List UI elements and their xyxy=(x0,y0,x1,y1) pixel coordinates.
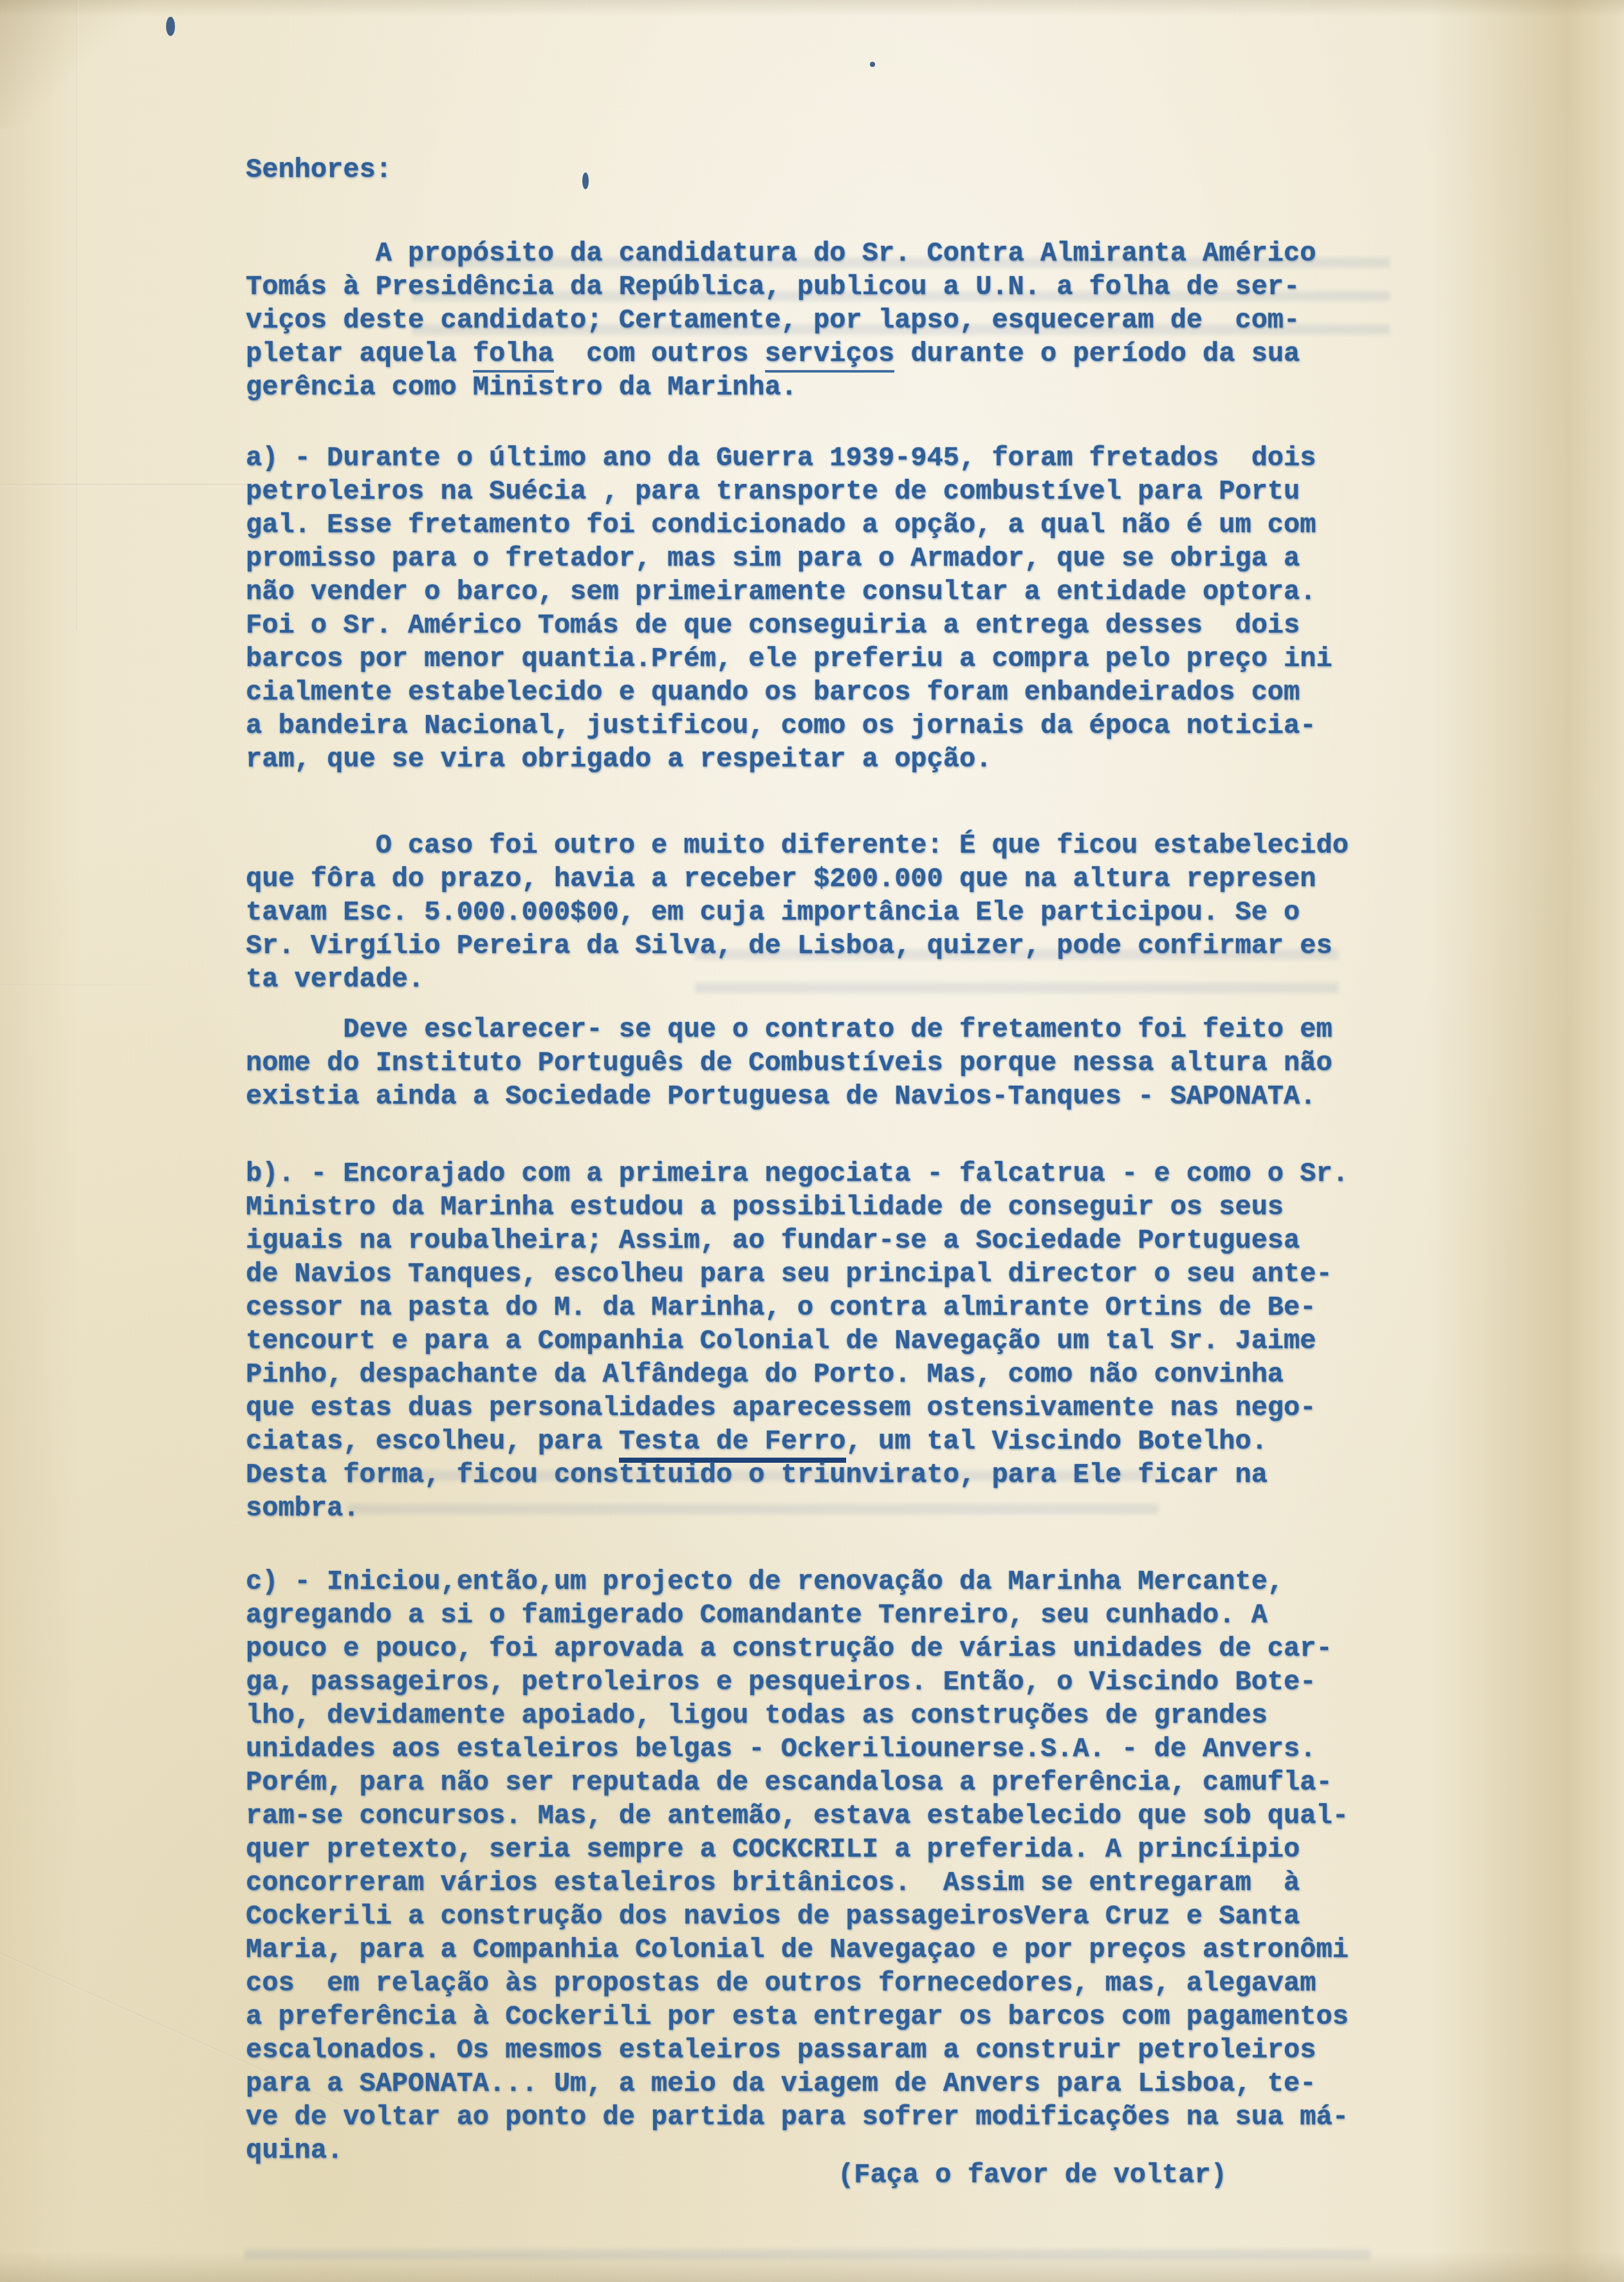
text-segment: cos em relação às propostas de outros fo… xyxy=(246,1968,1316,1999)
scan-edge-shadow xyxy=(0,0,1624,17)
text-segment: ve de voltar ao ponto de partida para so… xyxy=(246,2102,1349,2133)
text-segment: unidades aos estaleiros belgas - Ockeril… xyxy=(246,1734,1316,1765)
text-segment: gal. Esse fretamento foi condicionado a … xyxy=(246,510,1316,541)
typed-line: para a SAPONATA... Um, a meio da viagem … xyxy=(246,2067,1404,2101)
typed-line: existia ainda a Sociedade Portuguesa de … xyxy=(246,1080,1404,1113)
text-segment: b). - Encorajado com a primeira negociat… xyxy=(246,1158,1349,1189)
typed-line: concorreram vários estaleiros britânicos… xyxy=(246,1866,1404,1900)
typed-line: pletar aquela folha com outros serviços … xyxy=(246,337,1404,371)
text-segment: c) - Iniciou,então,um projecto de renova… xyxy=(246,1566,1284,1597)
text-segment: para a SAPONATA... Um, a meio da viagem … xyxy=(246,2068,1316,2099)
typed-line: ciatas, escolheu, para Testa de Ferro, u… xyxy=(246,1425,1404,1458)
typed-line: tencourt e para a Companhia Colonial de … xyxy=(246,1324,1404,1358)
typed-line: lho, devidamente apoiado, ligou todas as… xyxy=(246,1699,1404,1732)
scanned-letter-page: Senhores: A propósito da candidatura do … xyxy=(0,0,1624,2282)
text-segment: quina. xyxy=(246,2135,343,2166)
text-segment: Desta forma, ficou constituido o triunvi… xyxy=(246,1460,1268,1490)
typed-line: escalonados. Os mesmos estaleiros passar… xyxy=(246,2034,1404,2067)
text-segment: nome do Instituto Português de Combustív… xyxy=(246,1048,1333,1079)
text-segment: promisso para o fretador, mas sim para o… xyxy=(246,543,1300,574)
text-segment: ram, que se vira obrigado a respeitar a … xyxy=(246,744,992,775)
text-segment: pouco e pouco, foi aprovada a construção… xyxy=(246,1633,1333,1664)
typed-line: que estas duas personalidades aparecesse… xyxy=(246,1391,1404,1425)
typed-line: Maria, para a Companhia Colonial de Nave… xyxy=(246,1933,1404,1967)
typed-line: ram-se concursos. Mas, de antemão, estav… xyxy=(246,1799,1404,1833)
text-segment: ram-se concursos. Mas, de antemão, estav… xyxy=(246,1801,1349,1832)
text-segment: agregando a si o famigerado Comandante T… xyxy=(246,1600,1268,1631)
typed-line: Sr. Virgílio Pereira da Silva, de Lisboa… xyxy=(246,929,1404,963)
text-segment: pletar aquela xyxy=(246,339,473,369)
typed-line: Cockerili a construção dos navios de pas… xyxy=(246,1900,1404,1933)
paper-crease xyxy=(0,985,154,987)
typed-line: pouco e pouco, foi aprovada a construção… xyxy=(246,1632,1404,1665)
scan-edge-shadow xyxy=(0,2252,1624,2282)
ink-speck xyxy=(166,17,175,36)
text-segment: sombra. xyxy=(246,1493,359,1524)
text-segment: A propósito da candidatura do Sr. Contra… xyxy=(246,238,1316,269)
letter-paragraphs: A propósito da candidatura do Sr. Contra… xyxy=(246,237,1404,2167)
typed-line: quina. xyxy=(246,2134,1404,2167)
text-segment: Foi o Sr. Américo Tomás de que conseguir… xyxy=(246,610,1300,641)
paragraph-deve: Deve esclarecer- se que o contrato de fr… xyxy=(246,1013,1404,1113)
typed-line: a bandeira Nacional, justificou, como os… xyxy=(246,709,1404,743)
typed-line: iguais na roubalheira; Assim, ao fundar-… xyxy=(246,1224,1404,1257)
typed-line: unidades aos estaleiros belgas - Ockeril… xyxy=(246,1732,1404,1766)
typed-line: ta verdade. xyxy=(246,963,1404,996)
typed-line: cos em relação às propostas de outros fo… xyxy=(246,1967,1404,2000)
typed-line: Ministro da Marinha estudou a possibilid… xyxy=(246,1191,1404,1224)
text-segment: Ministro da Marinha estudou a possibilid… xyxy=(246,1192,1284,1223)
typed-line: promisso para o fretador, mas sim para o… xyxy=(246,542,1404,575)
text-segment: petroleiros na Suécia , para transporte … xyxy=(246,476,1300,507)
paragraph-c: c) - Iniciou,então,um projecto de renova… xyxy=(246,1565,1404,2167)
typed-line: agregando a si o famigerado Comandante T… xyxy=(246,1599,1404,1632)
text-segment: tencourt e para a Companhia Colonial de … xyxy=(246,1326,1316,1357)
typed-line: Deve esclarecer- se que o contrato de fr… xyxy=(246,1013,1404,1046)
text-segment: Maria, para a Companhia Colonial de Nave… xyxy=(246,1934,1349,1965)
text-segment: existia ainda a Sociedade Portuguesa de … xyxy=(246,1081,1316,1112)
typed-line: Foi o Sr. Américo Tomás de que conseguir… xyxy=(246,609,1404,642)
typed-line: gerência como Ministro da Marinha. xyxy=(246,371,1404,404)
typed-line: Desta forma, ficou constituido o triunvi… xyxy=(246,1458,1404,1492)
typed-line: que fôra do prazo, havia a receber $200.… xyxy=(246,862,1404,896)
text-segment: cialmente estabelecido e quando os barco… xyxy=(246,677,1300,708)
typed-line: ram, que se vira obrigado a respeitar a … xyxy=(246,743,1404,776)
paper-crease xyxy=(0,484,254,487)
typed-line: ga, passageiros, petroleiros e pesqueiro… xyxy=(246,1665,1404,1699)
typed-line: não vender o barco, sem primeiramente co… xyxy=(246,575,1404,609)
typed-line: b). - Encorajado com a primeira negociat… xyxy=(246,1157,1404,1191)
paper-crease xyxy=(76,0,78,631)
ink-speck xyxy=(870,62,875,67)
typed-line: O caso foi outro e muito diferente: É qu… xyxy=(246,829,1404,862)
text-segment: ta verdade. xyxy=(246,964,424,995)
text-segment: Cockerili a construção dos navios de pas… xyxy=(246,1901,1300,1932)
salutation: Senhores: xyxy=(246,153,1404,187)
typed-line: cialmente estabelecido e quando os barco… xyxy=(246,676,1404,709)
typed-line: de Navios Tanques, escolheu para seu pri… xyxy=(246,1257,1404,1291)
text-segment: com outros xyxy=(554,339,765,369)
paragraph-caso: O caso foi outro e muito diferente: É qu… xyxy=(246,829,1404,996)
underlined-text-segment: Testa de Ferro xyxy=(619,1426,846,1463)
text-segment: barcos por menor quantia.Prém, ele prefe… xyxy=(246,644,1333,674)
text-segment: cessor na pasta do M. da Marinha, o cont… xyxy=(246,1292,1316,1323)
text-segment: iguais na roubalheira; Assim, ao fundar-… xyxy=(246,1225,1300,1256)
typed-line: c) - Iniciou,então,um projecto de renova… xyxy=(246,1565,1404,1599)
letter-body: Senhores: A propósito da candidatura do … xyxy=(246,153,1404,2167)
text-segment: durante o período da sua xyxy=(894,339,1300,369)
underlined-text-segment: serviços xyxy=(765,339,895,373)
text-segment: quer pretexto, seria sempre a COCKCRILI … xyxy=(246,1834,1300,1865)
typed-line: sombra. xyxy=(246,1492,1404,1525)
text-segment: viços deste candidato; Certamente, por l… xyxy=(246,305,1300,336)
typed-line: barcos por menor quantia.Prém, ele prefe… xyxy=(246,642,1404,676)
text-segment: não vender o barco, sem primeiramente co… xyxy=(246,577,1316,608)
text-segment: de Navios Tanques, escolheu para seu pri… xyxy=(246,1259,1333,1290)
text-segment: concorreram vários estaleiros britânicos… xyxy=(246,1868,1300,1898)
text-segment: a preferência à Cockerili por esta entre… xyxy=(246,2001,1349,2032)
text-segment: , um tal Viscindo Botelho. xyxy=(846,1426,1268,1457)
typed-line: ve de voltar ao ponto de partida para so… xyxy=(246,2101,1404,2134)
typed-line: cessor na pasta do M. da Marinha, o cont… xyxy=(246,1291,1404,1324)
paragraph-b: b). - Encorajado com a primeira negociat… xyxy=(246,1157,1404,1525)
text-segment: gerência como Ministro da Marinha. xyxy=(246,372,797,403)
bleed-through-ghost xyxy=(245,2249,1370,2275)
text-segment: Tomás à Presidência da República, public… xyxy=(246,272,1300,302)
underlined-text-segment: folha xyxy=(473,339,554,373)
typed-line: a) - Durante o último ano da Guerra 1939… xyxy=(246,441,1404,475)
typed-line: Tomás à Presidência da República, public… xyxy=(246,270,1404,304)
typed-line: nome do Instituto Português de Combustív… xyxy=(246,1046,1404,1080)
typed-line: gal. Esse fretamento foi condicionado a … xyxy=(246,508,1404,542)
text-segment: O caso foi outro e muito diferente: É qu… xyxy=(246,830,1349,861)
typed-line: petroleiros na Suécia , para transporte … xyxy=(246,475,1404,508)
typed-line: Pinho, despachante da Alfândega do Porto… xyxy=(246,1358,1404,1391)
text-segment: tavam Esc. 5.000.000$00, em cuja importâ… xyxy=(246,897,1300,928)
typed-line: tavam Esc. 5.000.000$00, em cuja importâ… xyxy=(246,896,1404,929)
text-segment: Deve esclarecer- se que o contrato de fr… xyxy=(246,1014,1333,1045)
text-segment: escalonados. Os mesmos estaleiros passar… xyxy=(246,2035,1316,2066)
text-segment: lho, devidamente apoiado, ligou todas as… xyxy=(246,1700,1268,1731)
typed-line: Porém, para não ser reputada de escandal… xyxy=(246,1766,1404,1799)
text-segment: a) - Durante o último ano da Guerra 1939… xyxy=(246,443,1316,474)
turn-page-note: (Faça o favor de voltar) xyxy=(838,2160,1227,2191)
paragraph-intro: A propósito da candidatura do Sr. Contra… xyxy=(246,237,1404,404)
text-segment: que fôra do prazo, havia a receber $200.… xyxy=(246,864,1316,895)
text-segment: que estas duas personalidades aparecesse… xyxy=(246,1393,1316,1424)
typed-line: A propósito da candidatura do Sr. Contra… xyxy=(246,237,1404,270)
typed-line: a preferência à Cockerili por esta entre… xyxy=(246,2000,1404,2034)
paper-corner-shadow xyxy=(0,0,148,129)
typed-line: viços deste candidato; Certamente, por l… xyxy=(246,304,1404,337)
text-segment: Porém, para não ser reputada de escandal… xyxy=(246,1767,1333,1798)
text-segment: Sr. Virgílio Pereira da Silva, de Lisboa… xyxy=(246,931,1333,961)
text-segment: a bandeira Nacional, justificou, como os… xyxy=(246,710,1316,741)
text-segment: ciatas, escolheu, para xyxy=(246,1426,619,1457)
text-segment: Pinho, despachante da Alfândega do Porto… xyxy=(246,1359,1284,1390)
typed-line: quer pretexto, seria sempre a COCKCRILI … xyxy=(246,1833,1404,1866)
text-segment: ga, passageiros, petroleiros e pesqueiro… xyxy=(246,1667,1316,1698)
paragraph-a: a) - Durante o último ano da Guerra 1939… xyxy=(246,441,1404,776)
